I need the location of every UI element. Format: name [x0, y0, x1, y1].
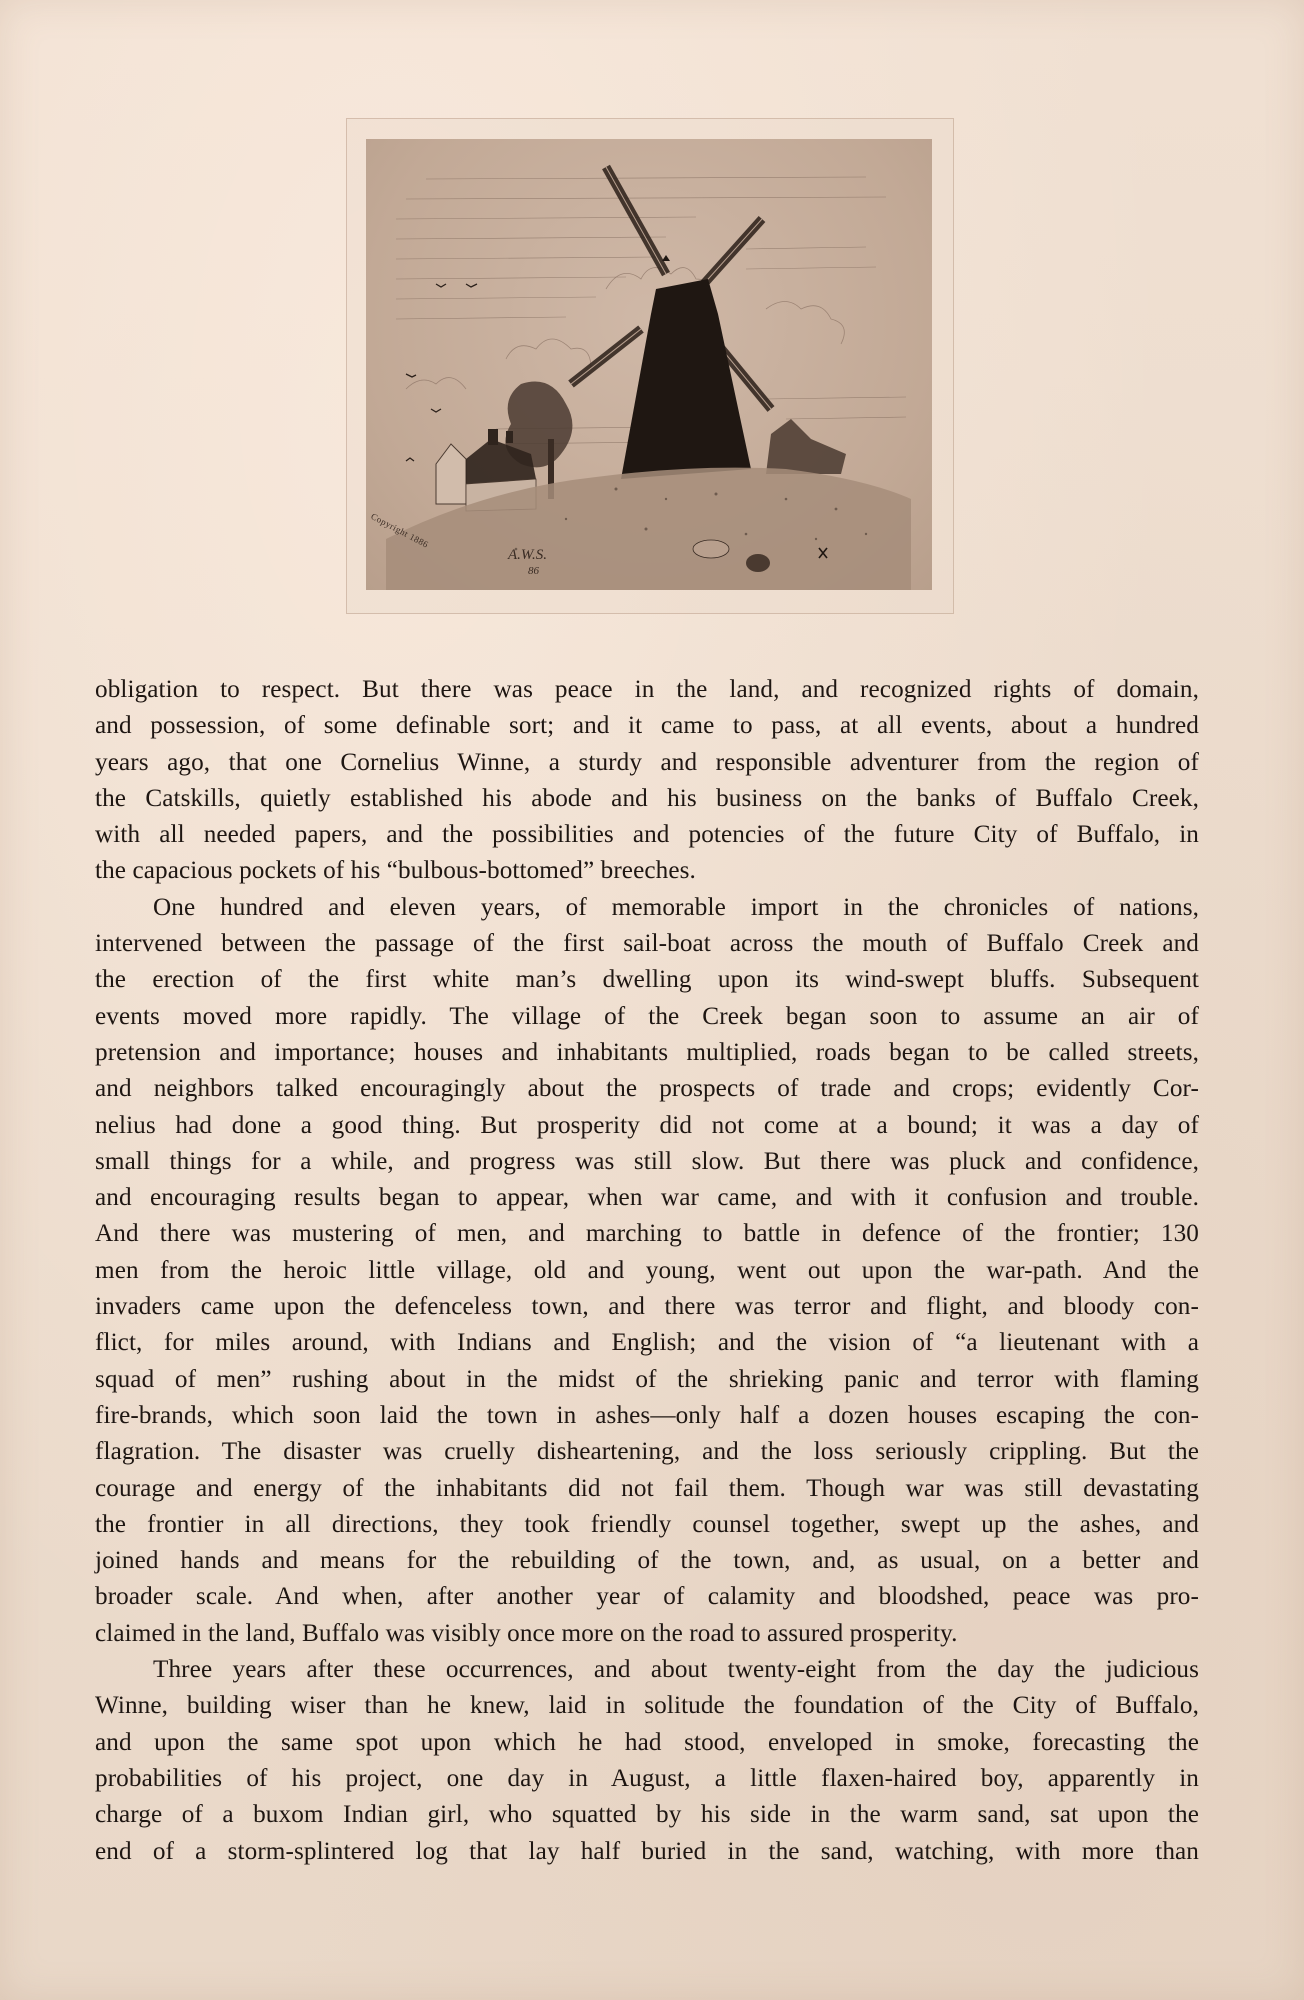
text-line: claimed in the land, Buffalo was visibly… [95, 1616, 1199, 1652]
text-line: invaders came upon the defenceless town,… [95, 1289, 1199, 1325]
text-line: end of a storm-splintered log that lay h… [95, 1834, 1199, 1870]
text-line: Three years after these occurrences, and… [95, 1652, 1199, 1688]
text-line: the capacious pockets of his “bulbous-bo… [95, 853, 1199, 889]
text-line: fire-brands, which soon laid the town in… [95, 1398, 1199, 1434]
text-line: Winne, building wiser than he knew, laid… [95, 1688, 1199, 1724]
text-line: flagration. The disaster was cruelly dis… [95, 1434, 1199, 1470]
text-line: and upon the same spot upon which he had… [95, 1725, 1199, 1761]
body-text: obligation to respect. But there was pea… [95, 672, 1199, 1870]
text-line: small things for a while, and progress w… [95, 1144, 1199, 1180]
paragraph-2: One hundred and eleven years, of memorab… [95, 890, 1199, 1652]
text-line: flict, for miles around, with Indians an… [95, 1325, 1199, 1361]
text-line: courage and energy of the inhabitants di… [95, 1471, 1199, 1507]
text-line: One hundred and eleven years, of memorab… [95, 890, 1199, 926]
artist-monogram: A.W.S. [508, 547, 547, 564]
text-line: years ago, that one Cornelius Winne, a s… [95, 745, 1199, 781]
text-line: the Catskills, quietly established his a… [95, 781, 1199, 817]
text-line: and possession, of some definable sort; … [95, 708, 1199, 744]
text-line: and encouraging results began to appear,… [95, 1180, 1199, 1216]
text-line: squad of men” rushing about in the midst… [95, 1362, 1199, 1398]
artist-year: 86 [528, 565, 539, 577]
text-line: charge of a buxom Indian girl, who squat… [95, 1797, 1199, 1833]
text-line: the erection of the first white man’s dw… [95, 962, 1199, 998]
text-line: pretension and importance; houses and in… [95, 1035, 1199, 1071]
paragraph-3: Three years after these occurrences, and… [95, 1652, 1199, 1870]
text-line: obligation to respect. But there was pea… [95, 672, 1199, 708]
text-line: broader scale. And when, after another y… [95, 1579, 1199, 1615]
text-line: intervened between the passage of the fi… [95, 926, 1199, 962]
windmill-illustration: Copyright 1886 A.W.S. 86 [366, 139, 932, 590]
text-line: men from the heroic little village, old … [95, 1253, 1199, 1289]
text-line: events moved more rapidly. The village o… [95, 999, 1199, 1035]
windmill-etching-icon [366, 139, 932, 590]
text-line: and neighbors talked encouragingly about… [95, 1071, 1199, 1107]
text-line: joined hands and means for the rebuildin… [95, 1543, 1199, 1579]
text-line: And there was mustering of men, and marc… [95, 1216, 1199, 1252]
text-line: the frontier in all directions, they too… [95, 1507, 1199, 1543]
paragraph-1: obligation to respect. But there was pea… [95, 672, 1199, 890]
text-line: with all needed papers, and the possibil… [95, 817, 1199, 853]
text-line: nelius had done a good thing. But prospe… [95, 1108, 1199, 1144]
text-line: probabilities of his project, one day in… [95, 1761, 1199, 1797]
